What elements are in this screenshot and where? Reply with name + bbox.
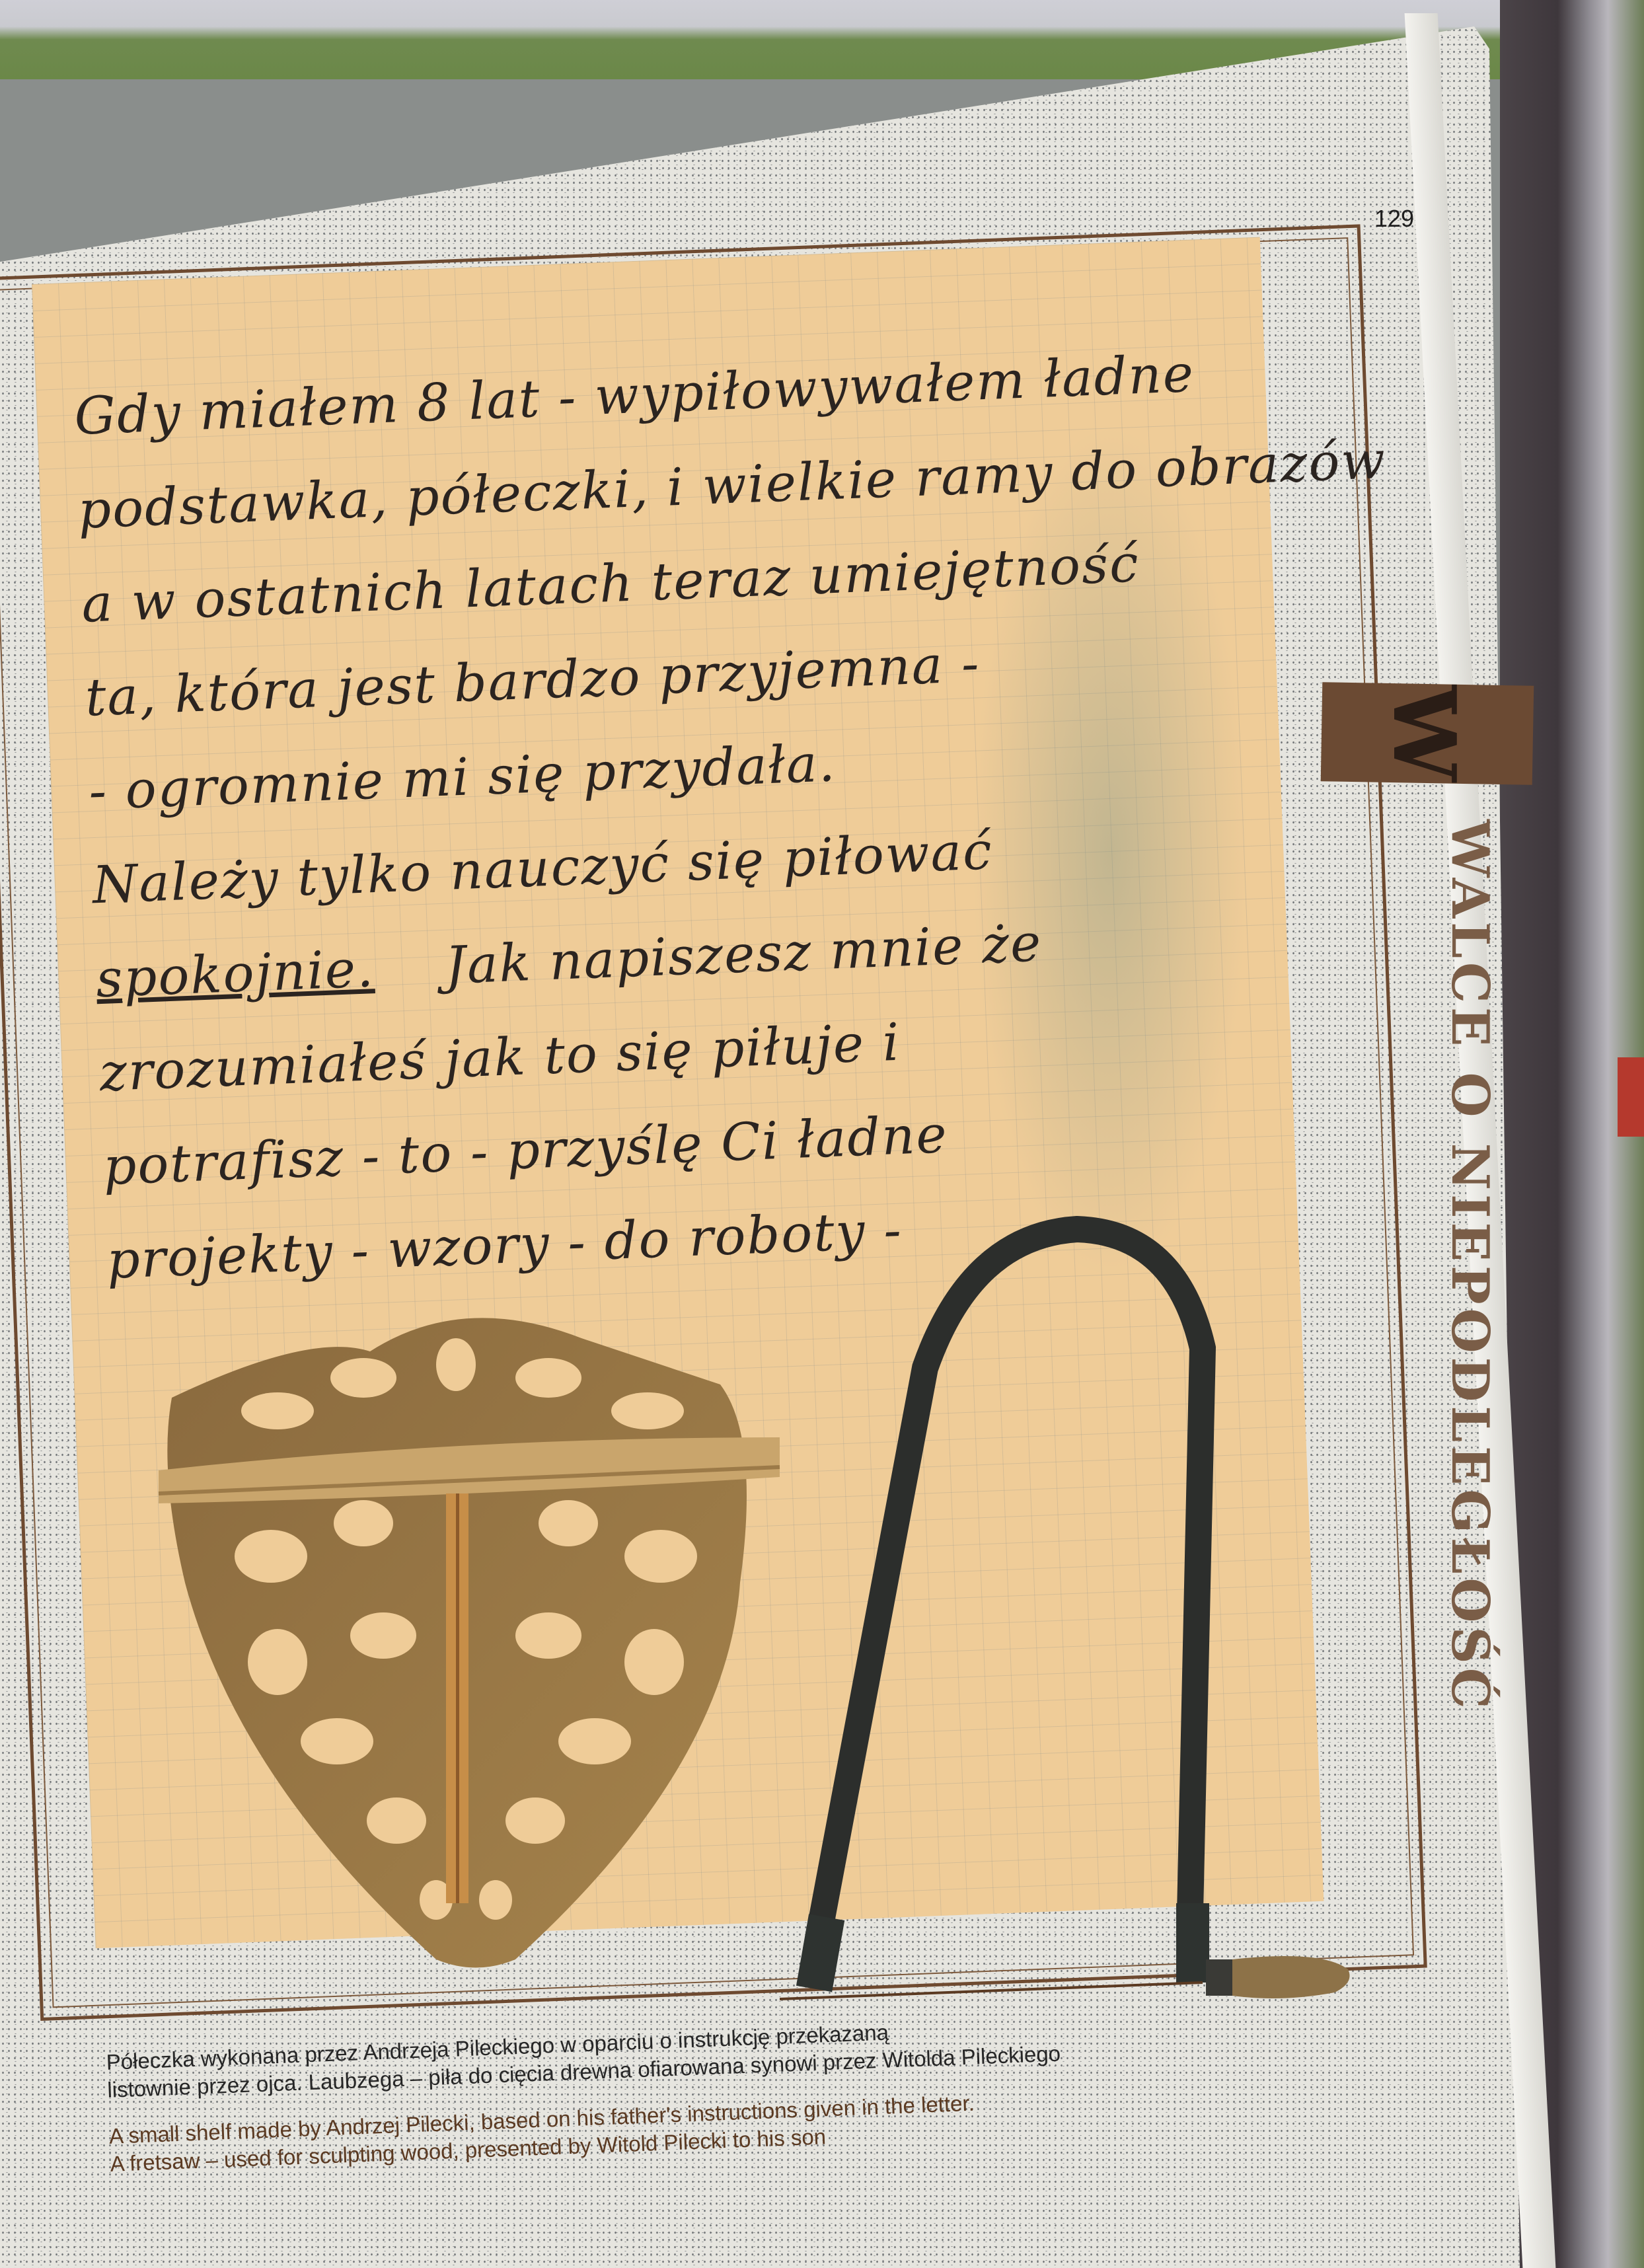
section-tab-letter: W (1374, 684, 1474, 783)
underlined-word: spokojnie. (95, 939, 376, 1009)
section-title-vertical: WALCE O NIEPODLEGŁOŚĆ (1440, 819, 1500, 1713)
letter-line: Jak napiszesz mnie że (444, 913, 1043, 996)
letter-text: Gdy miałem 8 lat - wypiłowywałem ładne p… (73, 324, 1297, 1308)
red-bookmark-edge (1618, 1057, 1644, 1137)
page-number: 129 (1374, 205, 1414, 233)
fretwork-shelf-image (145, 1305, 793, 1979)
fretsaw-image (780, 1216, 1361, 2009)
